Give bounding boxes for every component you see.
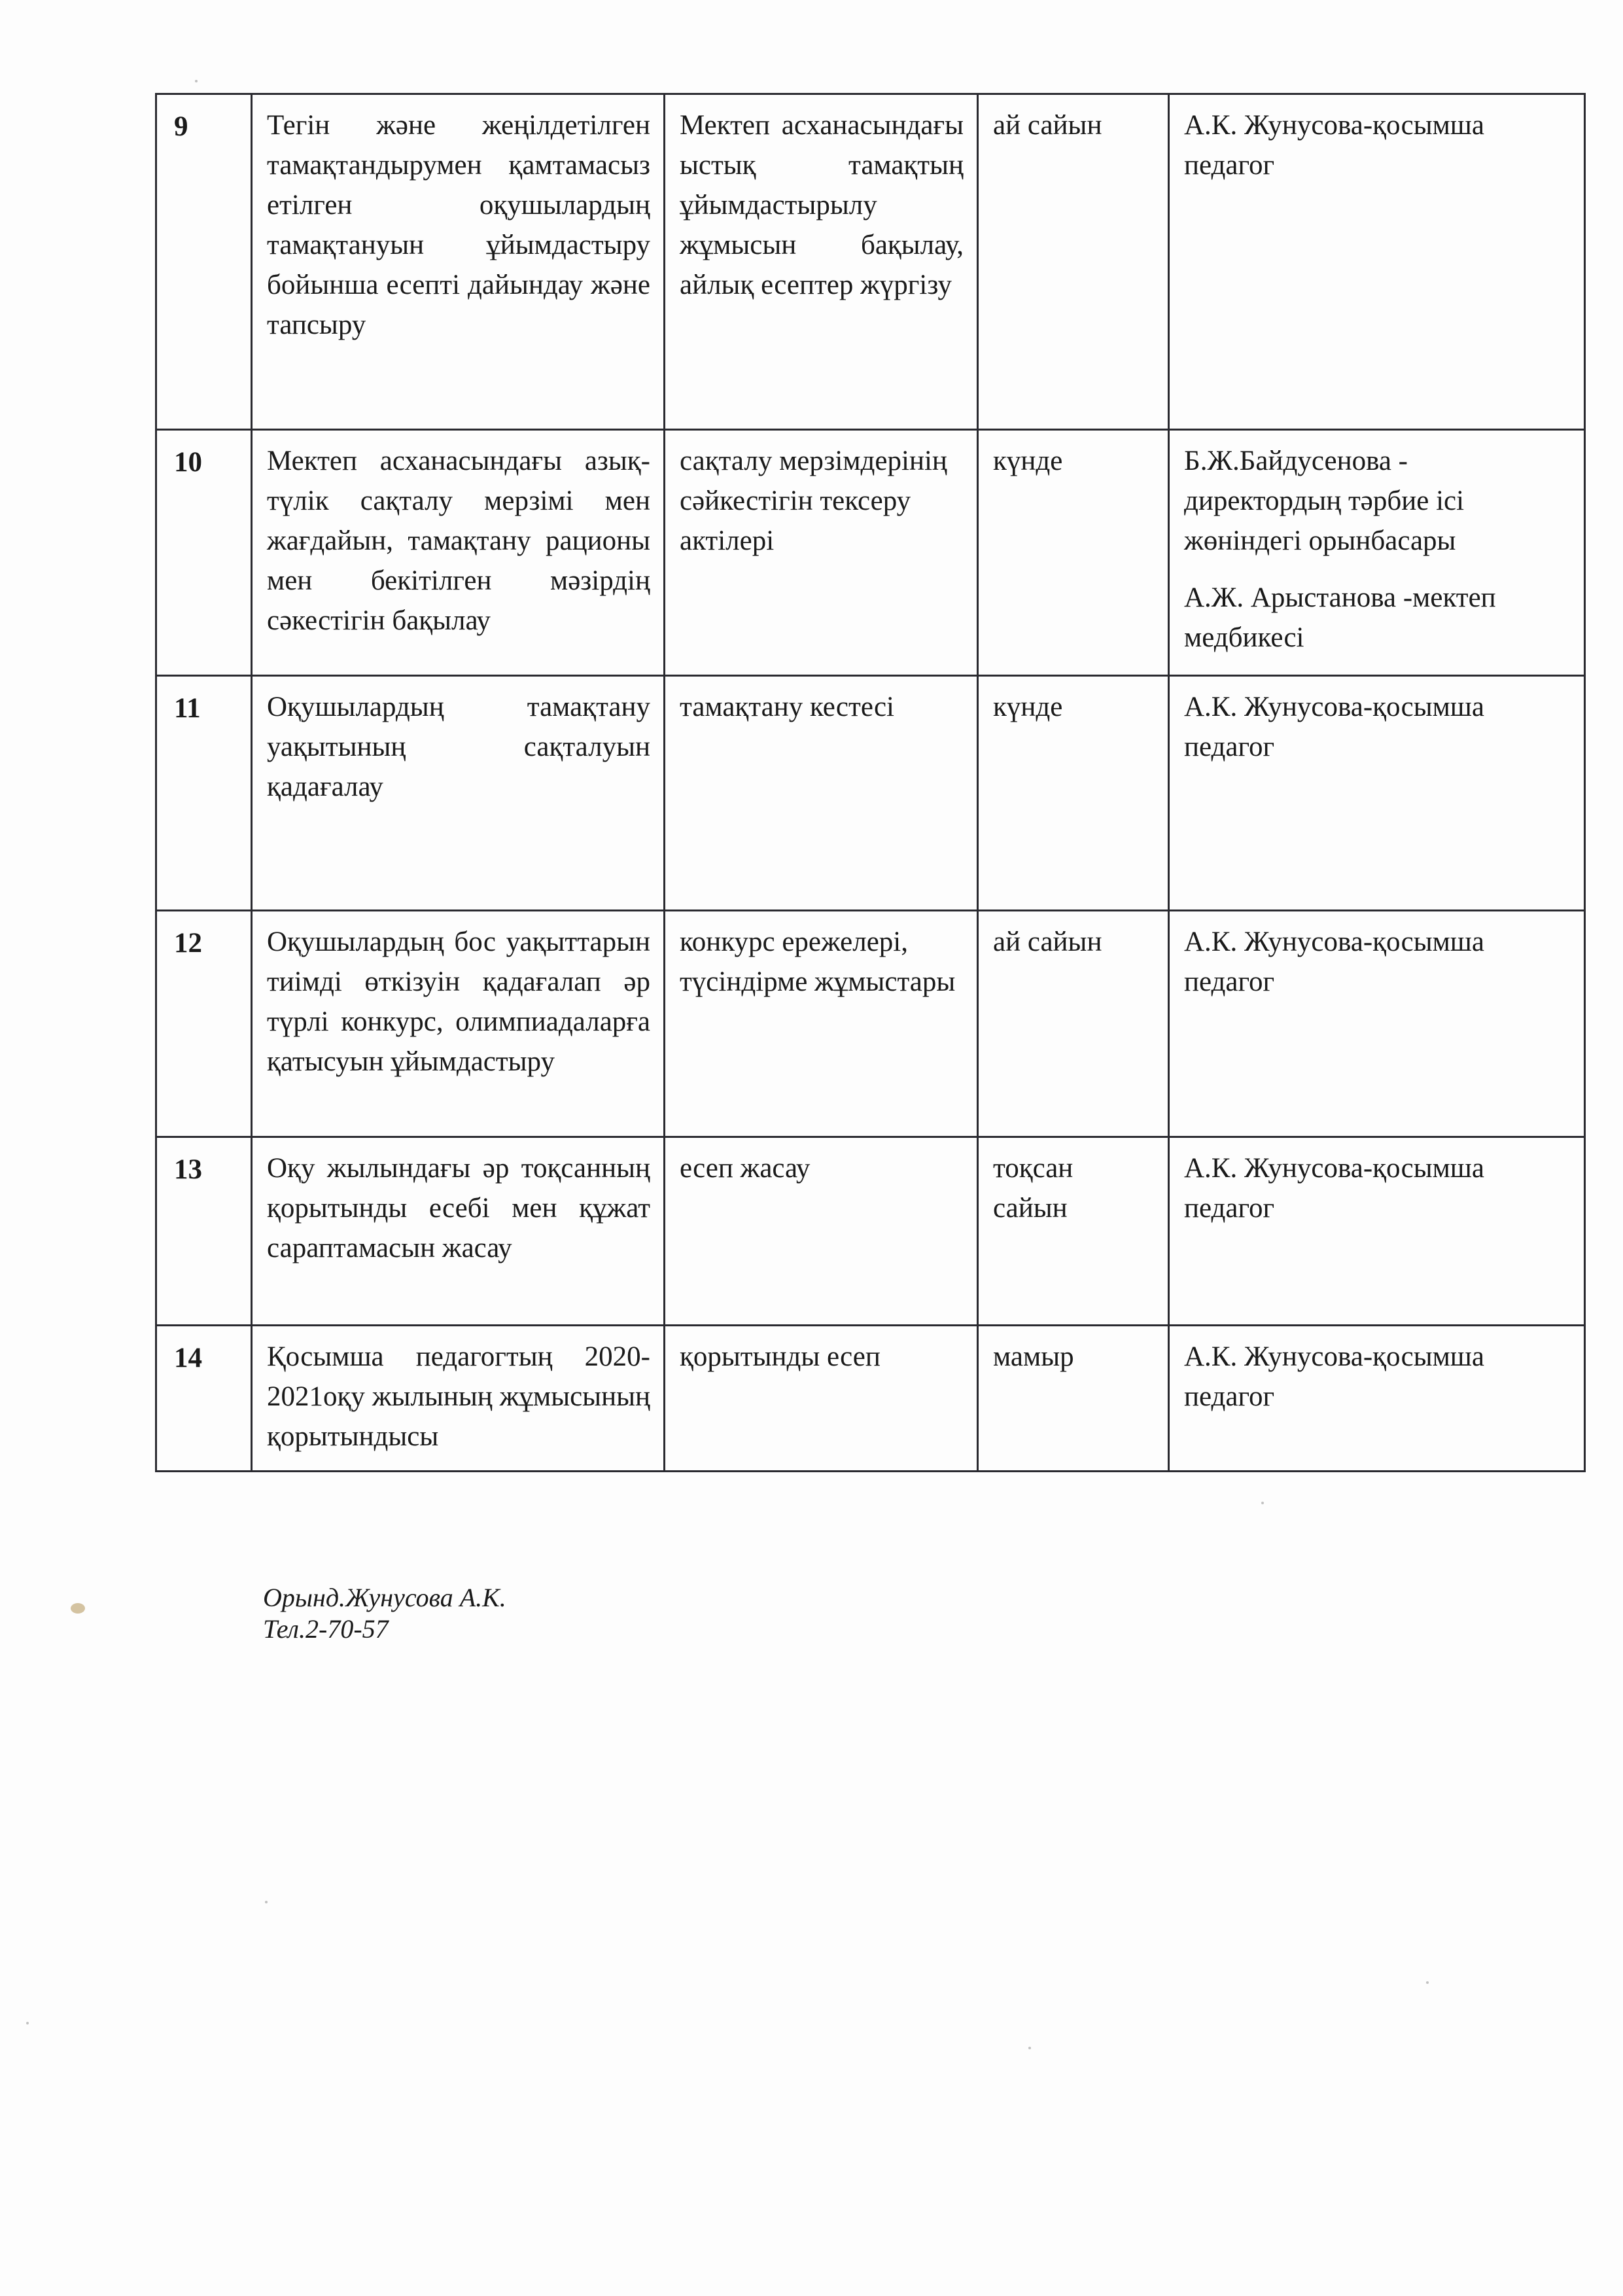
task-text: Қосымша педагогтың 2020-2021оқу жылының …: [253, 1326, 663, 1463]
executor-name: Орынд.Жунусова А.К.: [263, 1582, 506, 1614]
responsible-person: А.К. Жунусова-қосымша педагог: [1184, 1148, 1571, 1228]
task-cell: Оқушылардың бос уақыттарын тиімді өткізу…: [252, 911, 665, 1137]
row-number-cell: 11: [156, 676, 252, 911]
paper-speck: [1426, 1981, 1429, 1984]
form-cell: қорытынды есеп: [665, 1326, 978, 1472]
timing-text: тоқсан сайын: [979, 1138, 1137, 1235]
timing-cell: ай сайын: [978, 94, 1169, 430]
timing-text: мамыр: [979, 1326, 1168, 1383]
responsible-person: А.К. Жунусова-қосымша педагог: [1184, 1337, 1571, 1417]
responsible-person: А.К. Жунусова-қосымша педагог: [1184, 687, 1571, 767]
timing-text: күнде: [979, 677, 1168, 733]
row-number-cell: 13: [156, 1137, 252, 1326]
form-cell: тамақтану кестесі: [665, 676, 978, 911]
table-row: 14 Қосымша педагогтың 2020-2021оқу жылын…: [156, 1326, 1585, 1472]
table-row: 13 Оқу жылындағы әр тоқсанның қорытынды …: [156, 1137, 1585, 1326]
table-row: 9 Тегін және жеңілдетілген тамақтандырум…: [156, 94, 1585, 430]
row-number: 12: [157, 911, 251, 963]
paper-stain: [71, 1603, 85, 1614]
responsible-person: А.К. Жунусова-қосымша педагог: [1184, 922, 1571, 1002]
form-text: есеп жасау: [665, 1138, 977, 1195]
responsible-cell: А.К. Жунусова-қосымша педагог: [1169, 1137, 1585, 1326]
table-row: 10 Мектеп асханасындағы азық-түлік сақта…: [156, 430, 1585, 676]
timing-text: күнде: [979, 431, 1168, 487]
timing-cell: күнде: [978, 676, 1169, 911]
task-text: Тегін және жеңілдетілген тамақтандырумен…: [253, 95, 663, 351]
task-text: Оқушылардың бос уақыттарын тиімді өткізу…: [253, 911, 663, 1088]
row-number: 9: [157, 95, 251, 147]
responsible-cell: А.К. Жунусова-қосымша педагог: [1169, 1326, 1585, 1472]
task-text: Оқушылардың тамақтану уақытының сақталуы…: [253, 677, 663, 813]
form-cell: есеп жасау: [665, 1137, 978, 1326]
timing-cell: күнде: [978, 430, 1169, 676]
form-text: тамақтану кестесі: [665, 677, 977, 733]
form-text: конкурс ережелері, түсіндірме жұмыстары: [665, 911, 977, 1008]
row-number: 13: [157, 1138, 251, 1190]
form-cell: сақталу мерзімдерінің сәйкестігін тексер…: [665, 430, 978, 676]
task-cell: Оқушылардың тамақтану уақытының сақталуы…: [252, 676, 665, 911]
paper-speck: [1028, 2047, 1031, 2049]
responsible-person: А.К. Жунусова-қосымша педагог: [1184, 105, 1571, 185]
timing-text: ай сайын: [979, 911, 1168, 968]
responsible-cell: А.К. Жунусова-қосымша педагог: [1169, 94, 1585, 430]
row-number-cell: 14: [156, 1326, 252, 1472]
task-text: Оқу жылындағы әр тоқсанның қорытынды есе…: [253, 1138, 663, 1275]
responsible-cell: Б.Ж.Байдусенова - директордың тәрбие ісі…: [1169, 430, 1585, 676]
paper-speck: [26, 2022, 29, 2024]
paper-speck: [195, 80, 198, 82]
responsible-person: Б.Ж.Байдусенова - директордың тәрбие ісі…: [1184, 441, 1571, 561]
plan-table: 9 Тегін және жеңілдетілген тамақтандырум…: [155, 93, 1586, 1472]
document-footer: Орынд.Жунусова А.К. Тел.2-70-57: [263, 1582, 506, 1645]
row-number-cell: 12: [156, 911, 252, 1137]
paper-speck: [265, 1901, 268, 1903]
timing-cell: ай сайын: [978, 911, 1169, 1137]
task-text: Мектеп асханасындағы азық-түлік сақталу …: [253, 431, 663, 647]
executor-phone: Тел.2-70-57: [263, 1614, 506, 1645]
task-cell: Мектеп асханасындағы азық-түлік сақталу …: [252, 430, 665, 676]
responsible-person: А.Ж. Арыстанова -мектеп медбикесі: [1184, 578, 1571, 658]
form-cell: Мектеп асханасындағы ыстық тамақтың ұйым…: [665, 94, 978, 430]
row-number: 14: [157, 1326, 251, 1378]
responsible-cell: А.К. Жунусова-қосымша педагог: [1169, 676, 1585, 911]
task-cell: Тегін және жеңілдетілген тамақтандырумен…: [252, 94, 665, 430]
row-number-cell: 10: [156, 430, 252, 676]
task-cell: Қосымша педагогтың 2020-2021оқу жылының …: [252, 1326, 665, 1472]
form-text: қорытынды есеп: [665, 1326, 977, 1383]
form-cell: конкурс ережелері, түсіндірме жұмыстары: [665, 911, 978, 1137]
timing-text: ай сайын: [979, 95, 1168, 152]
timing-cell: тоқсан сайын: [978, 1137, 1169, 1326]
row-number: 11: [157, 677, 251, 728]
row-number-cell: 9: [156, 94, 252, 430]
task-cell: Оқу жылындағы әр тоқсанның қорытынды есе…: [252, 1137, 665, 1326]
paper-speck: [1261, 1502, 1264, 1504]
table-row: 11 Оқушылардың тамақтану уақытының сақта…: [156, 676, 1585, 911]
row-number: 10: [157, 431, 251, 482]
timing-cell: мамыр: [978, 1326, 1169, 1472]
table-row: 12 Оқушылардың бос уақыттарын тиімді өтк…: [156, 911, 1585, 1137]
form-text: Мектеп асханасындағы ыстық тамақтың ұйым…: [665, 95, 977, 311]
responsible-cell: А.К. Жунусова-қосымша педагог: [1169, 911, 1585, 1137]
form-text: сақталу мерзімдерінің сәйкестігін тексер…: [665, 431, 977, 567]
